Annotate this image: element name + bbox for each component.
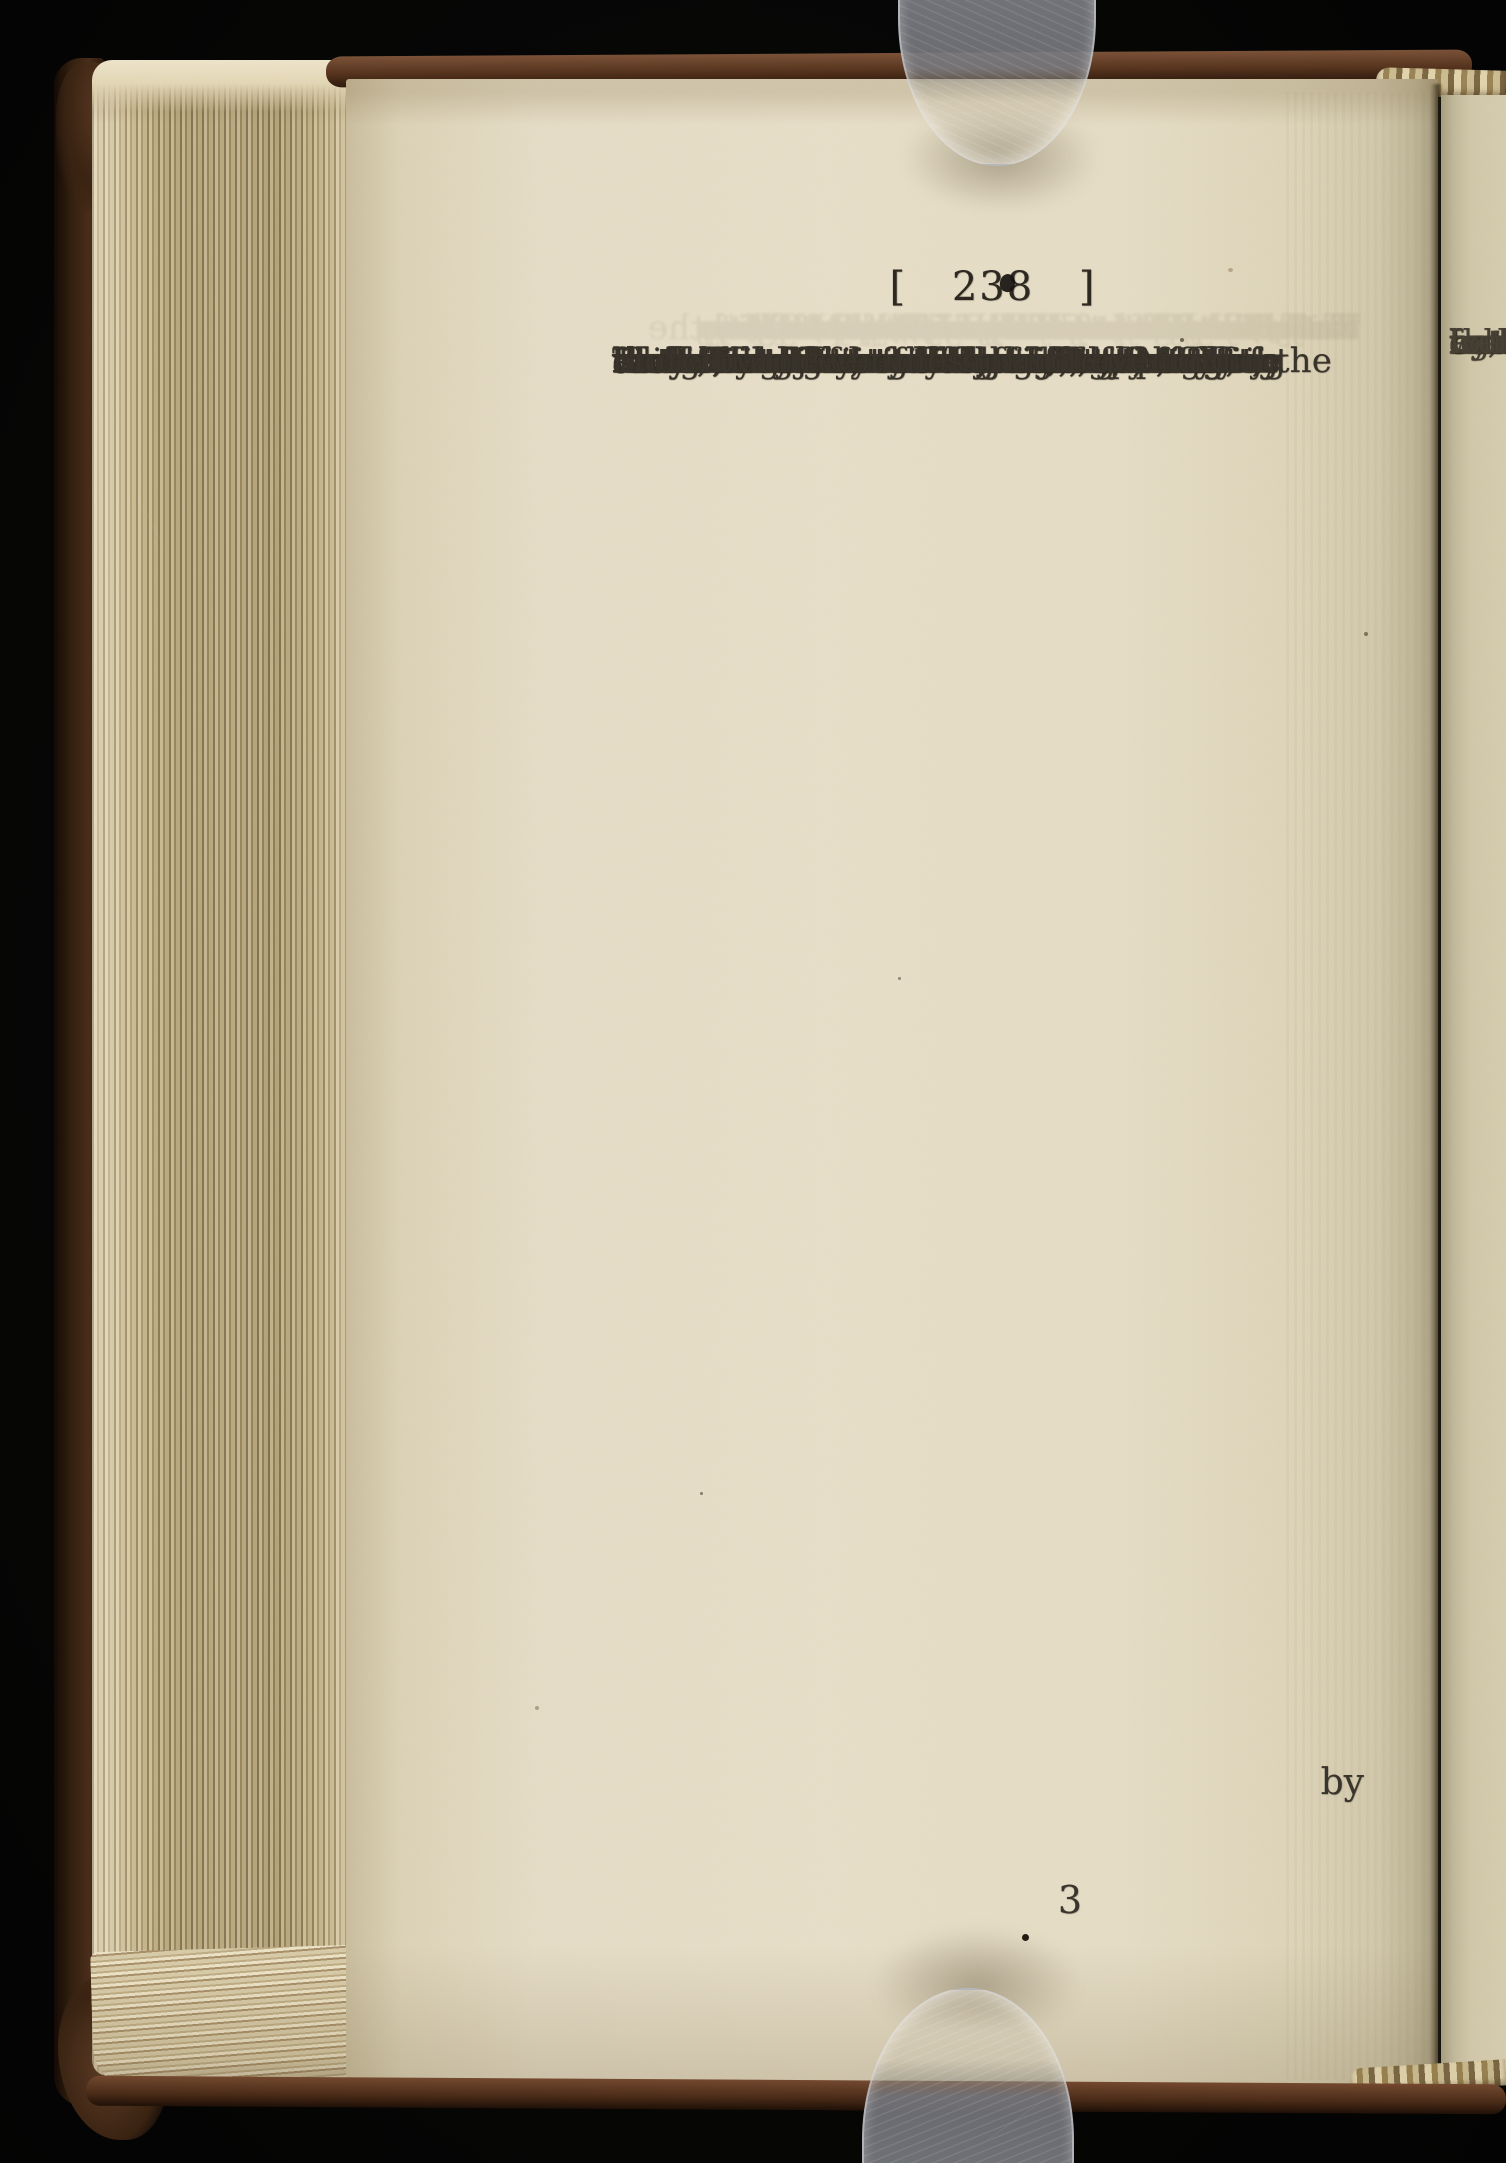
paper-speck (535, 1706, 539, 1710)
text-line: more by three times than I ever did (612, 330, 1232, 392)
paper-speck (1180, 338, 1184, 342)
fragment-line: were (1449, 311, 1506, 373)
paper-speck (1228, 268, 1233, 272)
signature-mark: 3 (1038, 1878, 1102, 1922)
paper-speck (700, 1492, 703, 1495)
paper-speck (1022, 1934, 1029, 1941)
paper-speck (898, 977, 901, 980)
paper-speck (1364, 632, 1368, 636)
page-number-header: [ 238 ] (612, 264, 1374, 310)
catchword: by (612, 1762, 1364, 1803)
book-photograph: they were jeſting with us; but they tooſ… (0, 0, 1506, 2163)
facing-page-sliver (1441, 95, 1506, 2073)
fore-edge-top-strip (92, 60, 364, 112)
fore-edge-page-stack (92, 64, 358, 2076)
